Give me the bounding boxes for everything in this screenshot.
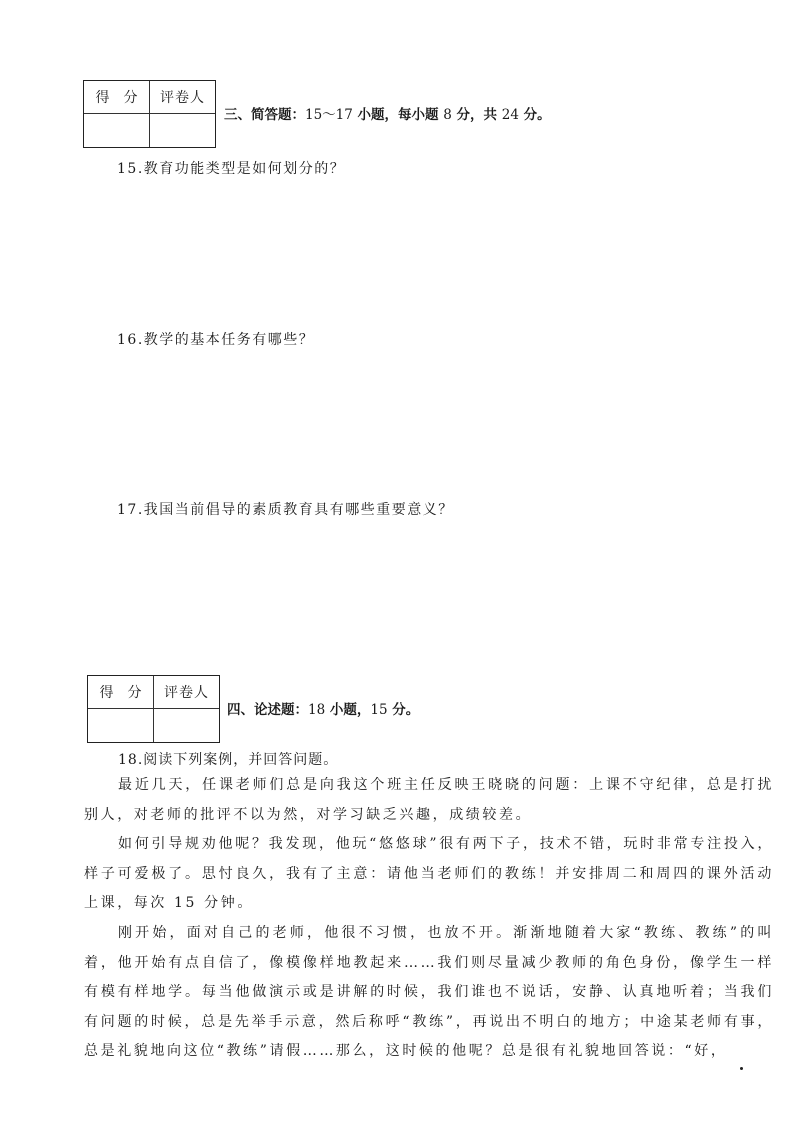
section-3-title-prefix: 三、简答题：	[224, 107, 305, 123]
section-3-points-each: 8	[443, 107, 452, 123]
answer-area-15[interactable]	[117, 185, 767, 325]
question-text: 我国当前倡导的素质教育具有哪些重要意义？	[144, 502, 454, 518]
question-text: 教育功能类型是如何划分的？	[144, 161, 346, 177]
section-3-range: 15～17	[305, 107, 353, 123]
section-3-title-mid2: 分，共	[452, 107, 502, 123]
section-4-points: 15	[370, 702, 387, 718]
answer-area-16[interactable]	[117, 356, 767, 496]
grader-input-cell[interactable]	[154, 709, 219, 742]
score-label: 得分	[100, 682, 156, 702]
section-4-question-num: 18	[308, 702, 325, 718]
question-16: 16.教学的基本任务有哪些？	[117, 329, 314, 349]
case-paragraph-3: 刚开始，面对自己的老师，他很不习惯，也放不开。渐渐地随着大家“教练、教练”的叫着…	[84, 919, 774, 1067]
question-17: 17.我国当前倡导的素质教育具有哪些重要意义？	[117, 499, 454, 519]
question-15: 15.教育功能类型是如何划分的？	[117, 158, 345, 178]
section-3-title-mid: 小题，每小题	[353, 107, 443, 123]
question-text: 阅读下列案例，并回答问题。	[143, 752, 338, 768]
section-4-title: 四、论述题：18 小题，15 分。	[227, 698, 419, 718]
page-mark-dot	[740, 1067, 743, 1070]
question-number: 15.	[117, 161, 144, 177]
score-box-section-3: 得分 评卷人	[83, 80, 216, 148]
grader-label-cell: 评卷人	[150, 81, 215, 114]
score-label-cell: 得分	[88, 676, 154, 709]
answer-area-17[interactable]	[117, 526, 767, 666]
section-4-title-mid: 小题，	[325, 702, 370, 718]
case-paragraph-1: 最近几天，任课老师们总是向我这个班主任反映王晓晓的问题：上课不守纪律，总是打扰别…	[84, 771, 774, 830]
grader-label-cell: 评卷人	[154, 676, 219, 709]
section-3-total: 24	[502, 107, 519, 123]
section-3-title-suffix: 分。	[519, 107, 551, 123]
question-18: 18.阅读下列案例，并回答问题。	[118, 749, 338, 769]
score-label-cell: 得分	[84, 81, 150, 114]
section-4-title-suffix: 分。	[388, 702, 420, 718]
question-number: 17.	[117, 502, 144, 518]
section-4-title-prefix: 四、论述题：	[227, 702, 308, 718]
score-input-cell[interactable]	[84, 114, 150, 147]
grader-label: 评卷人	[160, 87, 205, 107]
score-label: 得分	[96, 87, 152, 107]
score-box-section-4: 得分 评卷人	[87, 675, 220, 743]
question-number: 16.	[117, 332, 144, 348]
case-paragraph-2: 如何引导规劝他呢？我发现，他玩“悠悠球”很有两下子，技术不错，玩时非常专注投入，…	[84, 830, 774, 919]
score-input-cell[interactable]	[88, 709, 154, 742]
grader-label: 评卷人	[164, 682, 209, 702]
grader-input-cell[interactable]	[150, 114, 215, 147]
question-text: 教学的基本任务有哪些？	[144, 332, 315, 348]
question-number: 18.	[118, 752, 143, 768]
section-3-title: 三、简答题：15～17 小题，每小题 8 分，共 24 分。	[224, 103, 551, 123]
